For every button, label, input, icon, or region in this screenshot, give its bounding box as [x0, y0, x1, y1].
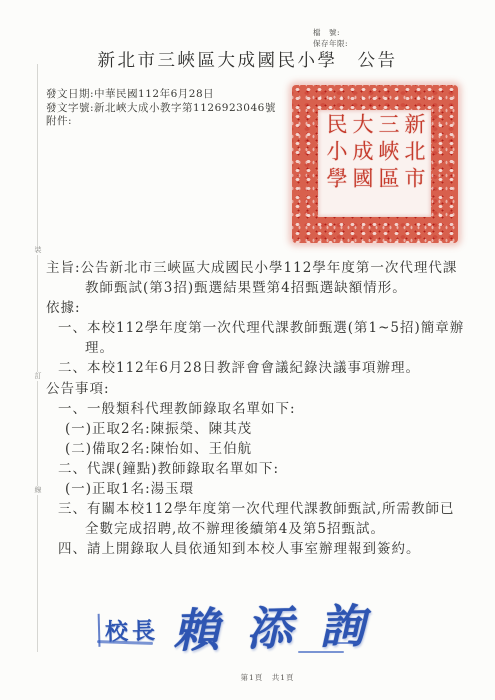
archive-labels: 檔 號: 保存年限:	[313, 27, 367, 49]
body-line-item-2-1: (一)正取1名:湯玉環	[46, 479, 466, 499]
body-line-item-3: 三、有關本校112學年度第一次代理代課教師甄試,所需教師已	[46, 499, 466, 519]
body-line-basis-label: 依據:	[46, 298, 466, 318]
body-line-subject-cont: 教師甄試(第3招)甄選結果暨第4招甄選缺額情形。	[46, 278, 466, 298]
principal-name: 賴添詢	[172, 589, 393, 661]
body-line-items-label: 公告事項:	[46, 379, 466, 399]
body-line-item-3-cont: 全數完成招聘,故不辦理後續第4及第5招甄試。	[46, 519, 466, 539]
doc-number: 發文字號:新北峽大成小教字第1126923046號	[46, 102, 276, 116]
issue-date: 發文日期:中華民國112年6月28日	[46, 88, 276, 102]
body-line-basis-1-cont: 理。	[46, 338, 466, 358]
page-title: 新北市三峽區大成國民小學 公告	[0, 47, 495, 72]
school-seal-inner: 新北市 三峽區 大成國 民小學	[318, 110, 431, 217]
body-line-item-1-2: (二)備取2名:陳怡如、王伯航	[46, 439, 466, 459]
file-number-label: 檔 號:	[313, 27, 367, 38]
binding-line	[37, 64, 38, 652]
body-line-basis-1: 一、本校112學年度第一次代理代課教師甄選(第1~5招)簡章辦	[46, 318, 466, 338]
seal-column: 民小學	[323, 113, 348, 214]
binding-mark-xian: 線	[31, 486, 45, 495]
binding-mark-zhuang: 裝	[31, 246, 45, 255]
body-line-item-4: 四、請上開錄取人員依通知到本校人事室辦理報到簽約。	[46, 539, 466, 559]
binding-mark-ding: 訂	[31, 372, 45, 381]
school-seal-stamp: 新北市 三峽區 大成國 民小學	[292, 85, 458, 243]
body-line-item-2: 二、代課(鐘點)教師錄取名單如下:	[46, 459, 466, 479]
announcement-page: 裝 訂 線 檔 號: 保存年限: 新北市三峽區大成國民小學 公告 發文日期:中華…	[0, 0, 495, 700]
signature-ink-artifact	[298, 651, 344, 653]
attachment-label: 附件:	[46, 115, 276, 129]
announcement-body: 主旨:公告新北市三峽區大成國民小學112學年度第一次代理代課 教師甄試(第3招)…	[46, 258, 466, 559]
body-line-item-1: 一、一般類科代理教師錄取名單如下:	[46, 399, 466, 419]
seal-column: 三峽區	[375, 113, 400, 214]
body-line-subject: 主旨:公告新北市三峽區大成國民小學112學年度第一次代理代課	[46, 258, 466, 278]
page-number: 第1頁 共1頁	[0, 672, 495, 683]
principal-signature-stamp: 校長 賴添詢	[97, 593, 392, 659]
body-line-basis-2: 二、本校112年6月28日教評會會議紀錄決議事項辦理。	[46, 358, 466, 378]
signature-ink-artifact	[336, 642, 360, 644]
seal-column: 新北市	[401, 113, 426, 214]
body-line-item-1-1: (一)正取2名:陳振榮、陳其茂	[46, 419, 466, 439]
seal-column: 大成國	[349, 113, 374, 214]
meta-block: 發文日期:中華民國112年6月28日 發文字號:新北峽大成小教字第1126923…	[46, 88, 276, 129]
